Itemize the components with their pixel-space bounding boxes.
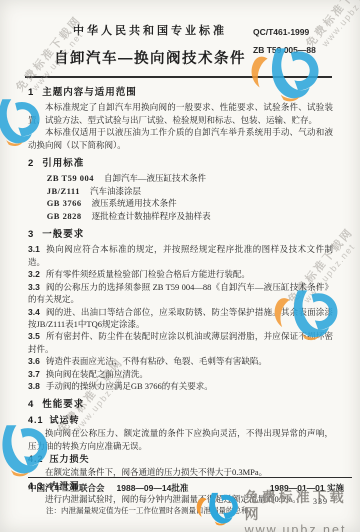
reference-name: 液压系统通用技术条件 xyxy=(92,198,177,208)
clause-title: 压力损失 xyxy=(50,454,90,464)
subsection-4-2-heading: 4.2压力损失 xyxy=(28,453,333,465)
reference-code: GB 3766 xyxy=(47,198,82,208)
watermark-site-url: www.upbz.net xyxy=(245,523,360,532)
clause-text: 铸造件表面应光洁，不得有粘砂、龟裂、毛刺等有害缺陷。 xyxy=(46,356,267,366)
section-1-heading: 1主题内容与适用范围 xyxy=(28,87,333,99)
reference-item: GB 3766液压系统通用技术条件 xyxy=(47,197,333,209)
clause-number: 3.3 xyxy=(28,282,40,292)
upbz-brand-text: 免费标准下载网 www.upbz.net xyxy=(245,489,360,532)
section-3-heading: 3一般要求 xyxy=(28,229,333,241)
clause-text: 所有零件须经质量检验部门检验合格后方能进行装配。 xyxy=(46,269,250,279)
section-4-heading: 4性能要求 xyxy=(28,399,333,411)
page-number: 339 xyxy=(313,497,328,506)
approval-org: 中国汽车工业联合会 xyxy=(28,483,105,493)
clause-number: 3.2 xyxy=(28,269,40,279)
paragraph: 换向阀在公称压力、额定流量的条件下应换向灵活，不得出现异常的声响，压力油的转换方… xyxy=(28,427,333,452)
section-number: 4 xyxy=(28,399,34,410)
clause-number: 3.4 xyxy=(28,307,40,317)
scanned-standard-page: 免费标准下载网 www.upbz.net 免费标准下载网 www.upbz.ne… xyxy=(0,0,360,532)
section-number: 2 xyxy=(28,158,34,169)
clause-number: 3.6 xyxy=(28,356,40,366)
paragraph: 本标准规定了自卸汽车用换向阀的一般要求、性能要求、试验条件、试验装置、试验方法、… xyxy=(28,101,333,126)
section-2-heading: 2引用标准 xyxy=(28,158,333,170)
clause-title: 试运转 xyxy=(50,415,80,425)
section-title: 一般要求 xyxy=(42,229,84,240)
section-number: 3 xyxy=(28,229,34,240)
clause-number: 3.5 xyxy=(28,331,40,341)
clause-text: 所有密封件、防尘件在装配时应涂以机油或薄层润滑脂，并应保证不损坏密封件。 xyxy=(28,331,333,353)
clause: 3.4阀的进、出油口等结合部位，应采取防锈、防尘等保护措施。其余表面涂漆按JB/… xyxy=(28,306,333,331)
document-title: 自卸汽车—换向阀技术条件 xyxy=(0,47,300,68)
clause-number: 3.7 xyxy=(28,369,40,379)
section-title: 主题内容与适用范围 xyxy=(42,87,137,98)
document-body: 1主题内容与适用范围 本标准规定了自卸汽车用换向阀的一般要求、性能要求、试验条件… xyxy=(28,84,333,516)
watermark-site-url: www.upbz.net xyxy=(313,0,360,57)
reference-item: JB/Z111汽车油漆涂层 xyxy=(47,185,333,197)
upbz-logo-icon xyxy=(195,489,240,527)
section-title: 性能要求 xyxy=(42,399,84,410)
watermark-site-name: 免费标准下载网 xyxy=(245,489,360,523)
clause: 3.6铸造件表面应光洁，不得有粘砂、龟裂、毛刺等有害缺陷。 xyxy=(28,355,333,367)
clause-text: 换向阀在装配之前应清洗。 xyxy=(46,369,148,379)
reference-code: JB/Z111 xyxy=(47,186,80,196)
clause-text: 手动阀的操纵力应满足GB 3766的有关要求。 xyxy=(46,381,213,391)
reference-name: 逐批检查计数抽样程序及抽样表 xyxy=(92,211,211,221)
reference-name: 汽车油漆涂层 xyxy=(90,186,141,196)
clause: 3.5所有密封件、防尘件在装配时应涂以机油或薄层润滑脂，并应保证不损坏密封件。 xyxy=(28,330,333,355)
section-title: 引用标准 xyxy=(42,158,84,169)
section-number: 1 xyxy=(28,87,34,98)
footer-divider xyxy=(28,477,352,478)
clause-number: 4.1 xyxy=(28,415,44,425)
clause: 3.7换向阀在装配之前应清洗。 xyxy=(28,368,333,380)
reference-name: 自卸汽车—液压缸技术条件 xyxy=(104,173,206,183)
clause-text: 阀的公称压力的选择须参照 ZB T59 004—88《自卸汽车—液压缸技术条件》… xyxy=(28,282,333,304)
clause: 3.2所有零件须经质量检验部门检验合格后方能进行装配。 xyxy=(28,268,333,280)
clause-text: 换向阀应符合本标准的规定，并按照经规定程序批准的图样及技术文件制造。 xyxy=(28,244,333,266)
paragraph: 本标准仅适用于以液压油为工作介质的自卸汽车举升系统用手动、气动和液动换向阀（以下… xyxy=(28,126,333,151)
clause-number: 3.8 xyxy=(28,381,40,391)
clause: 3.3阀的公称压力的选择须参照 ZB T59 004—88《自卸汽车—液压缸技术… xyxy=(28,281,333,306)
clause-number: 4.2 xyxy=(28,454,44,464)
reference-item: GB 2828逐批检查计数抽样程序及抽样表 xyxy=(47,210,333,222)
reference-code: ZB T59 004 xyxy=(47,173,94,183)
clause: 3.1换向阀应符合本标准的规定，并按照经规定程序批准的图样及技术文件制造。 xyxy=(28,243,333,268)
reference-item: ZB T59 004自卸汽车—液压缸技术条件 xyxy=(47,172,333,184)
header-divider xyxy=(25,76,332,78)
clause-number: 3.1 xyxy=(28,244,40,254)
standard-code-primary: QC/T461-1999 xyxy=(253,27,316,37)
reference-code: GB 2828 xyxy=(47,211,82,221)
approval-date: 1988—09—14批准 xyxy=(117,483,189,493)
upbz-brand-watermark: 免费标准下载网 www.upbz.net xyxy=(195,489,360,532)
clause-text: 阀的进、出油口等结合部位，应采取防锈、防尘等保护措施。其余表面涂漆按JB/Z11… xyxy=(28,307,333,329)
approval-line: 中国汽车工业联合会1988—09—14批准 xyxy=(28,482,188,494)
clause: 3.8手动阀的操纵力应满足GB 3766的有关要求。 xyxy=(28,380,333,392)
subsection-4-1-heading: 4.1试运转 xyxy=(28,414,333,426)
